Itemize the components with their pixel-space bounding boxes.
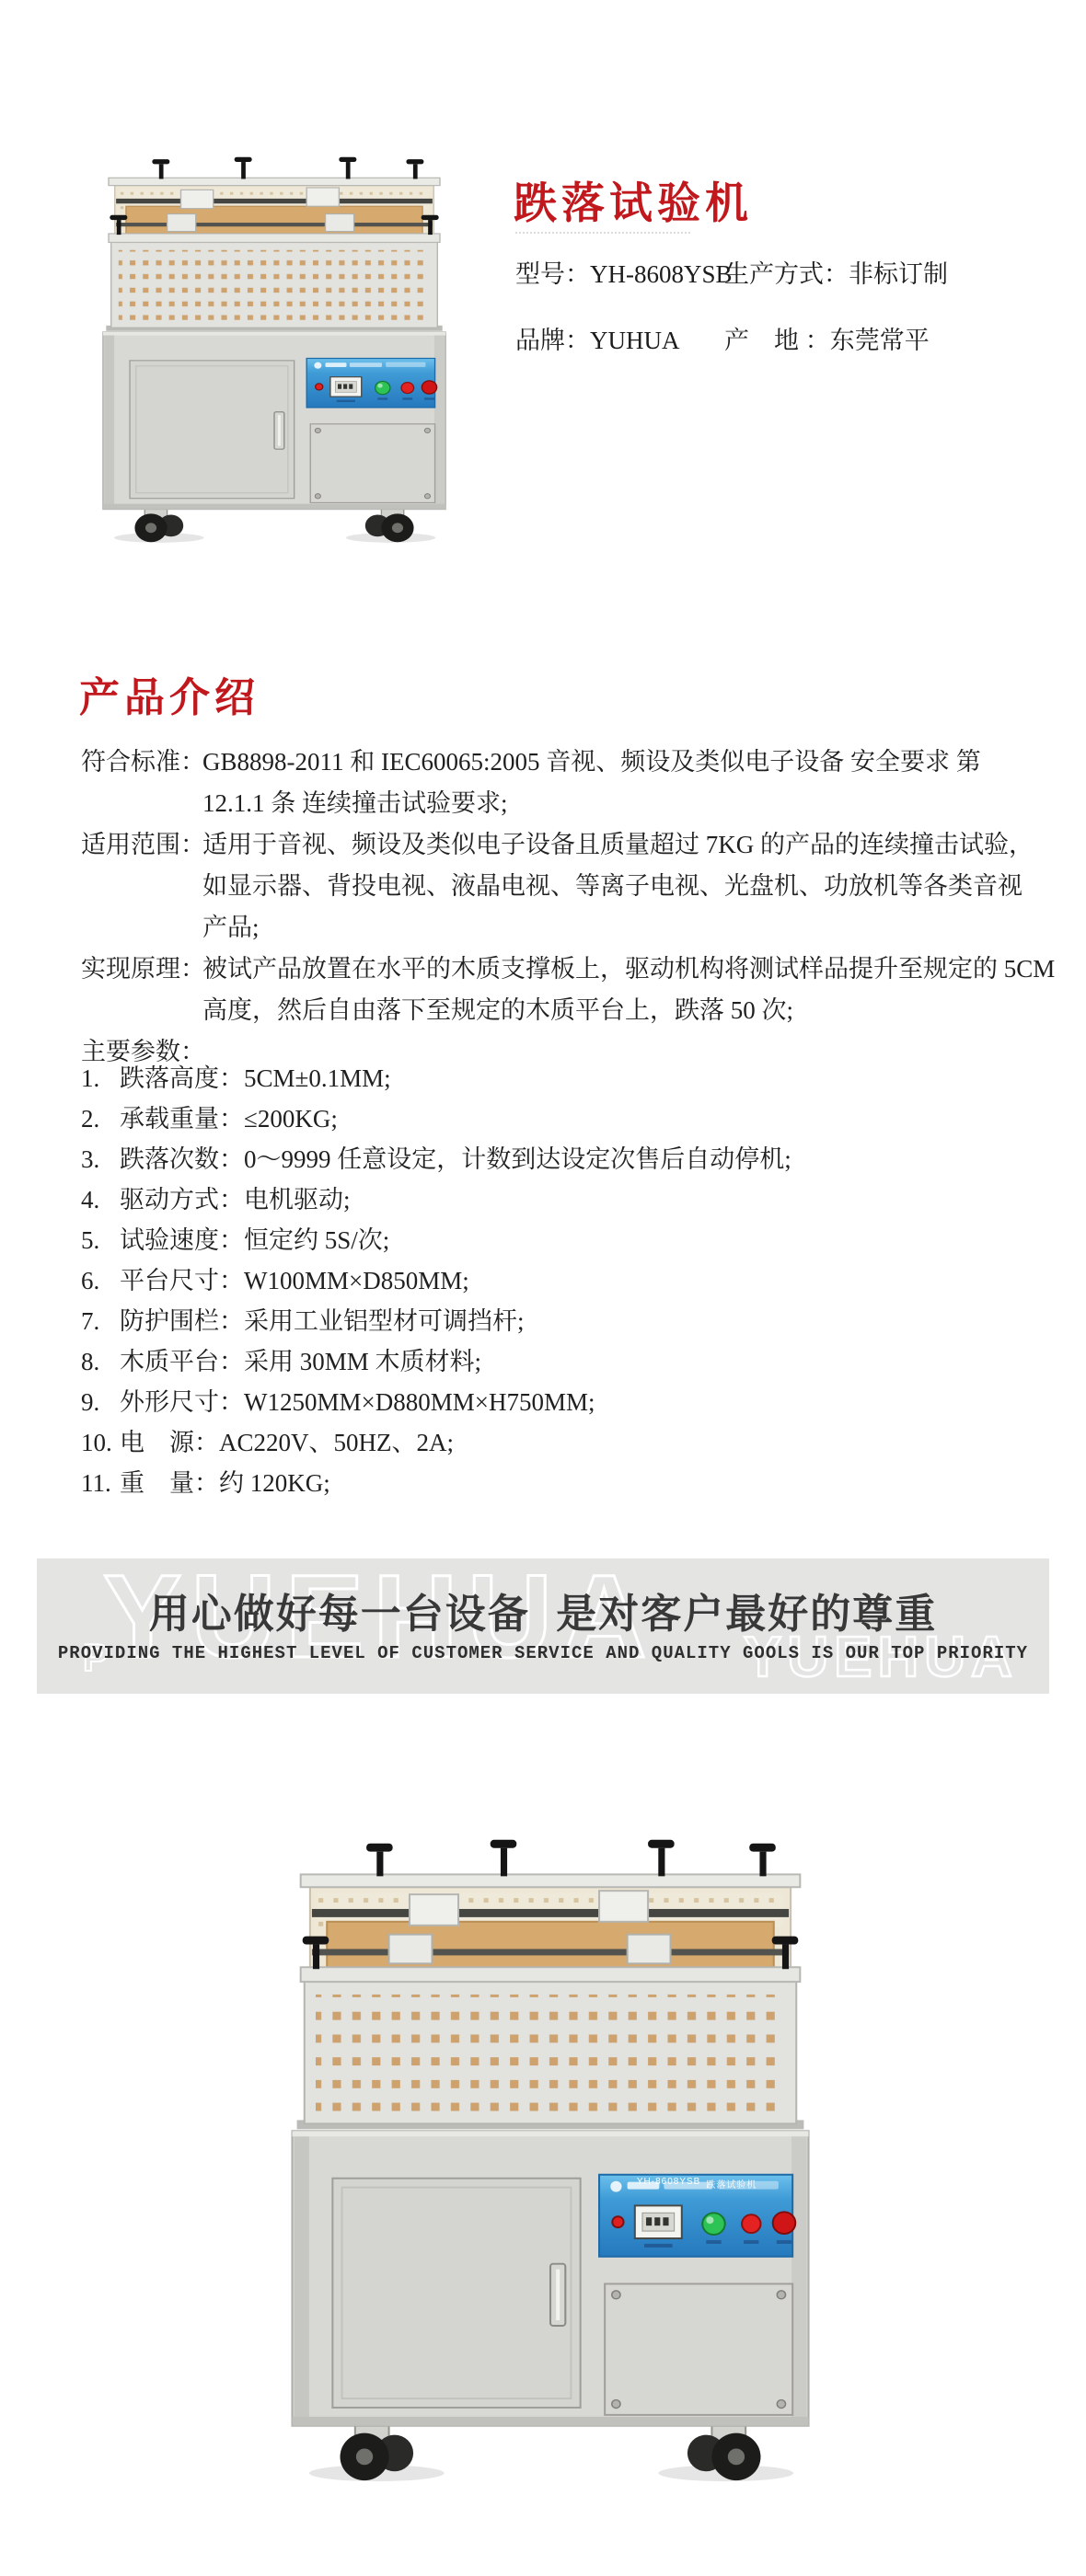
spec-brand-value: YUHUA bbox=[590, 327, 680, 354]
parameter-list: 1.跌落高度：5CM±0.1MM; 2.承载重量：≤200KG; 3.跌落次数：… bbox=[81, 1058, 1029, 1503]
spec-brand-label: 品牌： bbox=[515, 327, 590, 354]
intro-item-label: 符合标准： bbox=[81, 742, 202, 824]
intro-line: 产品; bbox=[202, 907, 1034, 949]
intro-line: 高度，然后自由落下至规定的木质平台上，跌落 50 次; bbox=[202, 990, 1055, 1031]
slogan-headline: 用心做好每一台设备 是对客户最好的尊重 bbox=[37, 1581, 1049, 1639]
intro-line: 被试产品放置在水平的木质支撑板上，驱动机构将测试样品提升至规定的 5CM bbox=[202, 949, 1055, 990]
parameter-row: 11.重 量：约 120KG; bbox=[81, 1463, 1029, 1503]
intro-item-standard: 符合标准： GB8898-2011 和 IEC60065:2005 音视、频设及… bbox=[81, 742, 1029, 824]
intro-line: 12.1.1 条 连续撞击试验要求; bbox=[202, 783, 1029, 824]
spec-model: 型号：YH-8608YSB bbox=[515, 254, 724, 290]
intro-item-label: 实现原理： bbox=[81, 949, 202, 1031]
parameter-row: 5.试验速度：恒定约 5S/次; bbox=[81, 1220, 1029, 1260]
parameter-row: 3.跌落次数：0～9999 任意设定，计数到达设定次售后自动停机; bbox=[81, 1139, 1029, 1179]
machine-panel-label: YH-8608YSB 跌落试验机 bbox=[598, 2177, 795, 2191]
intro-item-principle: 实现原理： 被试产品放置在水平的木质支撑板上，驱动机构将测试样品提升至规定的 5… bbox=[81, 949, 1029, 1031]
page-title: 跌落试验机 bbox=[514, 169, 753, 231]
parameter-row: 9.外形尺寸：W1250MM×D880MM×H750MM; bbox=[81, 1382, 1029, 1422]
parameter-row: 6.平台尺寸：W100MM×D850MM; bbox=[81, 1260, 1029, 1301]
spec-origin-value: 东莞常平 bbox=[830, 327, 930, 354]
drop-tester-illustration bbox=[269, 1823, 832, 2488]
parameter-row: 7.防护围栏：采用工业铝型材可调挡杆; bbox=[81, 1301, 1029, 1341]
spec-model-value: YH-8608YSB bbox=[590, 260, 733, 288]
intro-item-label: 适用范围： bbox=[81, 824, 202, 949]
spec-production-method: 生产方式：非标订制 bbox=[724, 254, 1068, 290]
spec-origin: 产 地 ：东莞常平 bbox=[724, 320, 1068, 356]
spec-brand: 品牌：YUHUA bbox=[515, 320, 724, 356]
slogan-banner: YUEHUA YUEHUA P 用心做好每一台设备 是对客户最好的尊重 PROV… bbox=[37, 1558, 1049, 1694]
spec-table: 型号：YH-8608YSB 生产方式：非标订制 品牌：YUHUA 产 地 ：东莞… bbox=[515, 254, 1068, 356]
spec-method-label: 生产方式： bbox=[724, 260, 849, 288]
intro-body: 符合标准： GB8898-2011 和 IEC60065:2005 音视、频设及… bbox=[81, 742, 1029, 1073]
section-heading-intro: 产品介绍 bbox=[79, 664, 260, 723]
machine-panel-model: YH-8608YSB bbox=[637, 2177, 700, 2191]
intro-line: GB8898-2011 和 IEC60065:2005 音视、频设及类似电子设备… bbox=[202, 742, 1029, 783]
spec-model-label: 型号： bbox=[515, 260, 590, 288]
parameter-row: 4.驱动方式：电机驱动; bbox=[81, 1179, 1029, 1220]
parameter-row: 10.电 源：AC220V、50HZ、2A; bbox=[81, 1422, 1029, 1463]
product-page: 跌落试验机 型号：YH-8608YSB 生产方式：非标订制 品牌：YUHUA 产… bbox=[0, 0, 1086, 2576]
parameter-row: 8.木质平台：采用 30MM 木质材料; bbox=[81, 1341, 1029, 1382]
title-divider bbox=[515, 232, 690, 234]
product-photo-small bbox=[87, 147, 461, 546]
spec-method-value: 非标订制 bbox=[849, 260, 948, 288]
product-photo-large: YH-8608YSB 跌落试验机 bbox=[269, 1823, 832, 2488]
intro-line: 适用于音视、频设及类似电子设备且质量超过 7KG 的产品的连续撞击试验， bbox=[202, 824, 1034, 866]
drop-tester-illustration bbox=[87, 147, 461, 546]
spec-origin-label: 产 地 ： bbox=[724, 327, 830, 354]
intro-item-scope: 适用范围： 适用于音视、频设及类似电子设备且质量超过 7KG 的产品的连续撞击试… bbox=[81, 824, 1029, 949]
intro-line: 如显示器、背投电视、液晶电视、等离子电视、光盘机、功放机等各类音视 bbox=[202, 866, 1034, 907]
parameter-row: 1.跌落高度：5CM±0.1MM; bbox=[81, 1058, 1029, 1098]
slogan-subline: PROVIDING THE HIGHEST LEVEL OF CUSTOMER … bbox=[37, 1643, 1049, 1663]
machine-panel-name: 跌落试验机 bbox=[706, 2177, 757, 2191]
parameter-row: 2.承载重量：≤200KG; bbox=[81, 1098, 1029, 1139]
